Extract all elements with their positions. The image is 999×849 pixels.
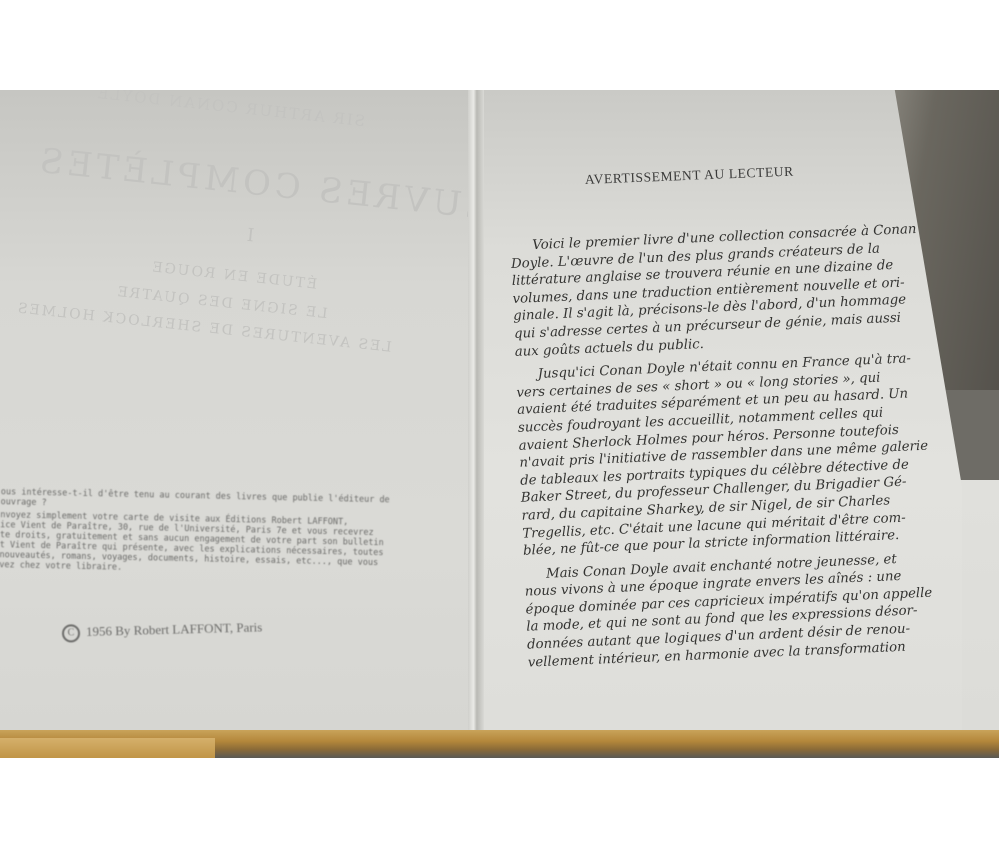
left-page: SIR ARTHUR CONAN DOYLE ŒUVRES COMPLÈTES …: [0, 90, 472, 740]
ghost-title: ŒUVRES COMPLÈTES: [34, 141, 506, 230]
paragraph: Jusqu'ici Conan Doyle n'était connu en F…: [515, 347, 998, 560]
book-binding-edge-left: [0, 738, 215, 758]
foreword-text: Voici le premier livre d'une collection …: [510, 218, 999, 672]
copyright-icon: C: [62, 624, 80, 642]
paragraph: Mais Conan Doyle avait enchanté notre je…: [524, 547, 999, 672]
copyright-text: 1956 By Robert LAFFONT, Paris: [86, 619, 263, 639]
book-gutter: [468, 90, 484, 755]
ghost-author: SIR ARTHUR CONAN DOYLE: [95, 90, 366, 130]
ghost-contents-1: ÉTUDE EN ROUGE: [150, 259, 318, 292]
publisher-notice: ous intéresse-t-il d'être tenu au couran…: [0, 487, 461, 580]
book-photo: SIR ARTHUR CONAN DOYLE ŒUVRES COMPLÈTES …: [0, 90, 999, 758]
paragraph: Voici le premier livre d'une collection …: [510, 218, 990, 361]
copyright-line: C1956 By Robert LAFFONT, Paris: [62, 619, 263, 642]
ghost-volume: I: [244, 225, 255, 247]
